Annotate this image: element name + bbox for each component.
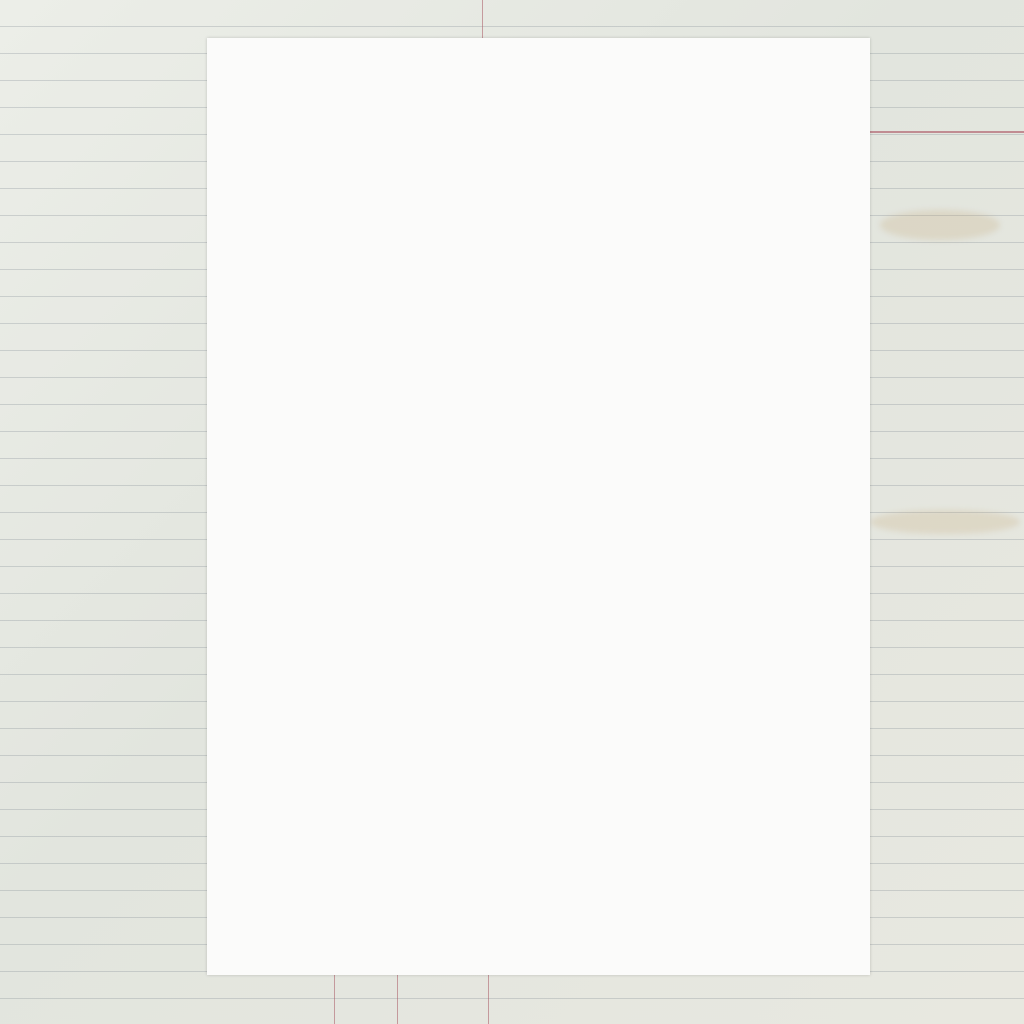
ledger-margin-rule bbox=[397, 975, 398, 1024]
ledger-margin-rule bbox=[488, 975, 489, 1024]
ledger-stain bbox=[870, 510, 1020, 534]
ledger-stain bbox=[880, 210, 1000, 240]
handwriting-left-column bbox=[0, 0, 215, 1024]
ledger-margin-rule bbox=[334, 975, 335, 1024]
typed-deed-sheet bbox=[207, 38, 870, 975]
